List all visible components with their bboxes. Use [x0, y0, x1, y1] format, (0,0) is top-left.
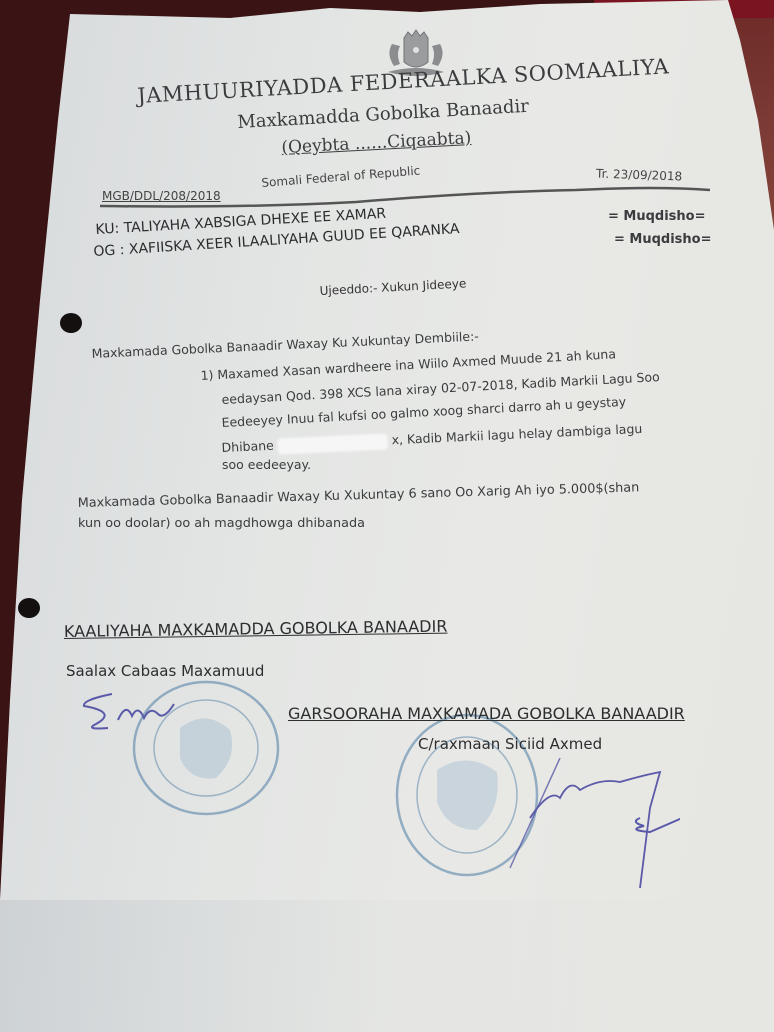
punch-hole [60, 313, 82, 333]
victim-label: Dhibane [221, 438, 274, 455]
punch-hole [18, 598, 40, 618]
verdict-line: kun oo doolar) oo ah magdhowga dhibanada [78, 516, 365, 531]
signature-2 [500, 758, 680, 898]
addressee-location-2: = Muqdisho= [614, 232, 712, 247]
paper-shadow [0, 900, 774, 1032]
signatory-2-title: GARSOORAHA MAXKAMADA GOBOLKA BANAADIR [288, 704, 685, 723]
addressee-location-1: = Muqdisho= [608, 209, 706, 224]
signatory-1-name: Saalax Cabaas Maxamuud [66, 662, 264, 680]
body-item-line: soo eedeeyay. [222, 457, 311, 472]
signatory-2-name: C/raxmaan Siciid Axmed [418, 735, 602, 753]
signature-1 [78, 690, 188, 740]
document-date: Tr. 23/09/2018 [596, 167, 683, 184]
reference-number: MGB/DDL/208/2018 [102, 189, 221, 203]
